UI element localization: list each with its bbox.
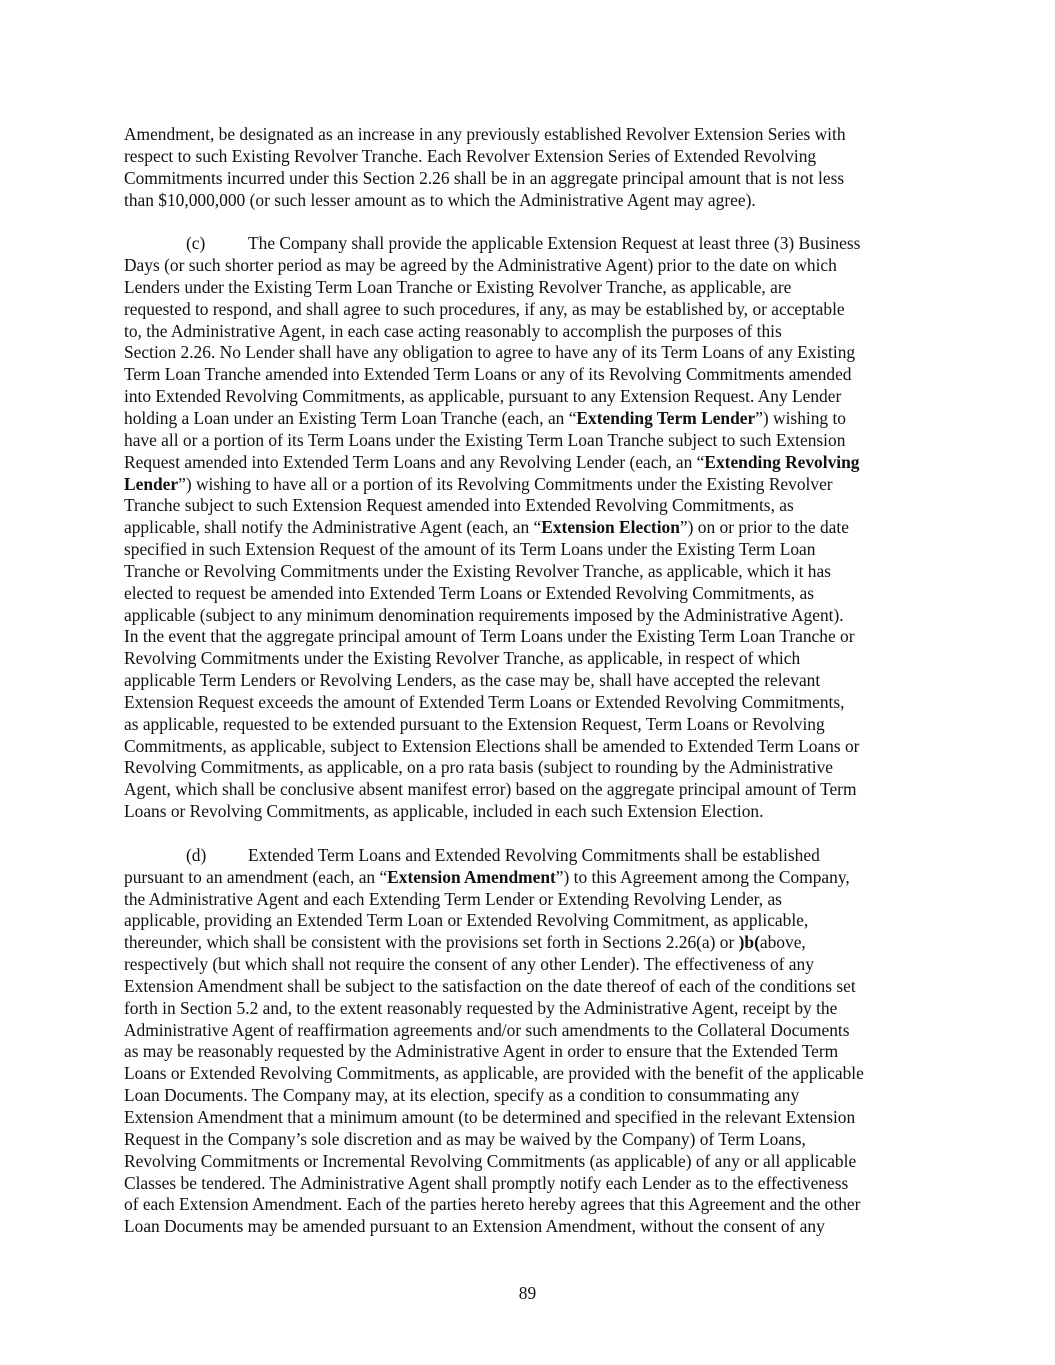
text-line: Extension Amendment that a minimum amoun…: [124, 1107, 944, 1129]
paragraph-d: (d)Extended Term Loans and Extended Revo…: [124, 845, 944, 1238]
text-line: respectively (but which shall not requir…: [124, 954, 944, 976]
text-line: Tranche subject to such Extension Reques…: [124, 495, 944, 517]
text-run: thereunder, which shall be consistent wi…: [124, 932, 739, 952]
text-line: Agent, which shall be conclusive absent …: [124, 779, 944, 801]
paragraph-c: (c)The Company shall provide the applica…: [124, 233, 944, 823]
text-line: as applicable, requested to be extended …: [124, 714, 944, 736]
text-line: Administrative Agent of reaffirmation ag…: [124, 1020, 944, 1042]
page-number: 89: [0, 1283, 1055, 1304]
text-line: have all or a portion of its Term Loans …: [124, 430, 944, 452]
text-line: Term Loan Tranche amended into Extended …: [124, 364, 944, 386]
text-line: Loans or Extended Revolving Commitments,…: [124, 1063, 944, 1085]
text-line: requested to respond, and shall agree to…: [124, 299, 944, 321]
text-line: than $10,000,000 (or such lesser amount …: [124, 190, 944, 212]
text-line: into Extended Revolving Commitments, as …: [124, 386, 944, 408]
text-line: applicable, providing an Extended Term L…: [124, 910, 944, 932]
document-page: Amendment, be designated as an increase …: [0, 0, 1055, 1365]
paragraph-marker: (d): [186, 845, 248, 867]
text-line: Revolving Commitments, as applicable, on…: [124, 757, 944, 779]
text-line: thereunder, which shall be consistent wi…: [124, 932, 944, 954]
defined-term-extending-term-lender: Extending Term Lender: [576, 408, 755, 428]
text-run: The Company shall provide the applicable…: [248, 233, 860, 253]
text-line: applicable Term Lenders or Revolving Len…: [124, 670, 944, 692]
text-run: ”) wishing to have all or a portion of i…: [178, 474, 832, 494]
text-line: Extension Amendment shall be subject to …: [124, 976, 944, 998]
text-line: as may be reasonably requested by the Ad…: [124, 1041, 944, 1063]
text-line: Tranche or Revolving Commitments under t…: [124, 561, 944, 583]
text-line: Extension Request exceeds the amount of …: [124, 692, 944, 714]
text-line: Section 2.26. No Lender shall have any o…: [124, 342, 944, 364]
text-line: Request amended into Extended Term Loans…: [124, 452, 944, 474]
text-line: Commitments incurred under this Section …: [124, 168, 944, 190]
text-line: of each Extension Amendment. Each of the…: [124, 1194, 944, 1216]
text-run: Extended Term Loans and Extended Revolvi…: [248, 845, 820, 865]
text-line: to, the Administrative Agent, in each ca…: [124, 321, 944, 343]
text-line: Revolving Commitments under the Existing…: [124, 648, 944, 670]
cross-reference-b: )b(: [739, 932, 760, 952]
text-line: Days (or such shorter period as may be a…: [124, 255, 944, 277]
text-line: In the event that the aggregate principa…: [124, 626, 944, 648]
text-line: Lender”) wishing to have all or a portio…: [124, 474, 944, 496]
text-line: forth in Section 5.2 and, to the extent …: [124, 998, 944, 1020]
text-line: the Administrative Agent and each Extend…: [124, 889, 944, 911]
text-line: (c)The Company shall provide the applica…: [124, 233, 944, 255]
text-line: elected to request be amended into Exten…: [124, 583, 944, 605]
text-run: ”) wishing to: [755, 408, 846, 428]
text-line: applicable, shall notify the Administrat…: [124, 517, 944, 539]
text-run: holding a Loan under an Existing Term Lo…: [124, 408, 576, 428]
text-line: respect to such Existing Revolver Tranch…: [124, 146, 944, 168]
text-line: Lenders under the Existing Term Loan Tra…: [124, 277, 944, 299]
text-line: specified in such Extension Request of t…: [124, 539, 944, 561]
text-line: Loans or Revolving Commitments, as appli…: [124, 801, 944, 823]
paragraph-marker: (c): [186, 233, 248, 255]
text-line: (d)Extended Term Loans and Extended Revo…: [124, 845, 944, 867]
text-line: Amendment, be designated as an increase …: [124, 124, 944, 146]
defined-term-extension-amendment: Extension Amendment: [387, 867, 556, 887]
text-line: pursuant to an amendment (each, an “Exte…: [124, 867, 944, 889]
paragraph-continuation: Amendment, be designated as an increase …: [124, 124, 944, 211]
text-line: Classes be tendered. The Administrative …: [124, 1173, 944, 1195]
text-run: above,: [760, 932, 806, 952]
text-line: applicable (subject to any minimum denom…: [124, 605, 944, 627]
text-line: Loan Documents. The Company may, at its …: [124, 1085, 944, 1107]
defined-term-extending-revolving-lender: Extending Revolving: [704, 452, 859, 472]
document-body: Amendment, be designated as an increase …: [124, 124, 944, 1260]
defined-term-extension-election: Extension Election: [541, 517, 680, 537]
defined-term-extending-revolving-lender-cont: Lender: [124, 474, 178, 494]
text-run: applicable, shall notify the Administrat…: [124, 517, 541, 537]
text-line: Commitments, as applicable, subject to E…: [124, 736, 944, 758]
text-line: holding a Loan under an Existing Term Lo…: [124, 408, 944, 430]
text-line: Request in the Company’s sole discretion…: [124, 1129, 944, 1151]
text-line: Loan Documents may be amended pursuant t…: [124, 1216, 944, 1238]
text-line: Revolving Commitments or Incremental Rev…: [124, 1151, 944, 1173]
text-run: pursuant to an amendment (each, an “: [124, 867, 387, 887]
text-run: ”) to this Agreement among the Company,: [556, 867, 850, 887]
text-run: ”) on or prior to the date: [680, 517, 849, 537]
text-run: Request amended into Extended Term Loans…: [124, 452, 704, 472]
